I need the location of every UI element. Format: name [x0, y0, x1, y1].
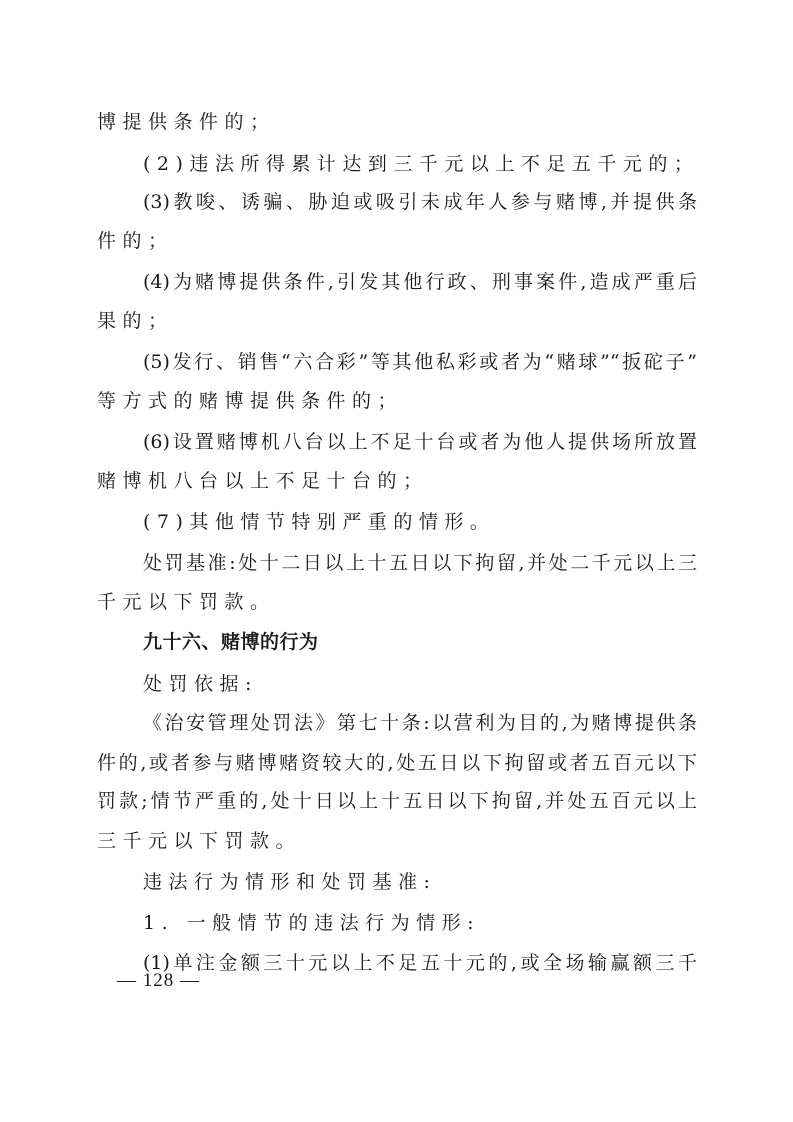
section-heading: 九十六、赌博的行为	[143, 630, 743, 654]
text-line: 处罚基准:处十二日以上十五日以下拘留,并处二千元以上三	[143, 551, 697, 575]
text-line: 三千元以下罚款。	[97, 829, 697, 853]
text-line: 等方式的赌博提供条件的；	[97, 389, 697, 413]
text-line: 1. 一般情节的违法行为情形:	[143, 911, 743, 935]
text-line: (7)其他情节特别严重的情形。	[143, 510, 743, 534]
text-line: 处罚依据:	[143, 672, 743, 696]
text-line: 罚款;情节严重的,处十日以上十五日以下拘留,并处五百元以上	[97, 789, 697, 813]
text-line: 千元以下罚款。	[97, 590, 697, 614]
text-line: 件的；	[97, 229, 697, 253]
text-line: (5)发行、销售“六合彩”等其他私彩或者为“赌球”“扳砣子”	[143, 350, 697, 374]
text-line: (4)为赌博提供条件,引发其他行政、刑事案件,造成严重后	[143, 270, 697, 294]
text-line: (2)违法所得累计达到三千元以上不足五千元的；	[143, 152, 743, 176]
text-line: 赌博机八台以上不足十台的；	[97, 469, 697, 493]
text-line: 博提供条件的；	[97, 110, 697, 134]
text-line: (1)单注金额三十元以上不足五十元的,或全场输赢额三千	[143, 951, 697, 975]
page-number: — 128 —	[117, 970, 200, 992]
document-page: 博提供条件的；(2)违法所得累计达到三千元以上不足五千元的；(3)教唆、诱骗、胁…	[0, 0, 793, 1122]
text-line: 件的,或者参与赌博赌资较大的,处五日以下拘留或者五百元以下	[97, 751, 697, 775]
text-line: (6)设置赌博机八台以上不足十台或者为他人提供场所放置	[143, 430, 697, 454]
text-line: 《治安管理处罚法》第七十条:以营利为目的,为赌博提供条	[143, 711, 697, 735]
text-line: 果的；	[97, 309, 697, 333]
text-line: (3)教唆、诱骗、胁迫或吸引未成年人参与赌博,并提供条	[143, 190, 697, 214]
text-line: 违法行为情形和处罚基准:	[143, 870, 743, 894]
